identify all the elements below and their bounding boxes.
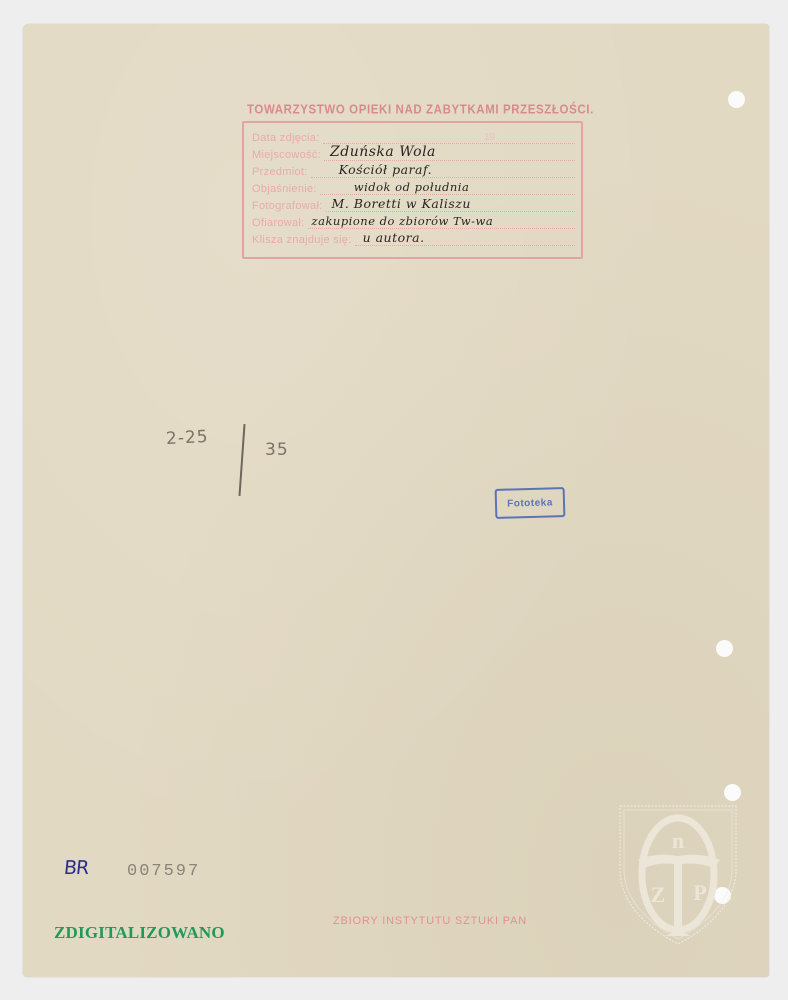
digitized-stamp: ZDIGITALIZOWANO	[54, 923, 225, 943]
handwritten-value: widok od południa	[354, 180, 470, 194]
pencil-note-left: 2-25	[166, 427, 210, 449]
stamp-label: Fotografował:	[252, 200, 326, 212]
stamp-label: Przedmiot:	[252, 166, 311, 178]
svg-text:n: n	[672, 828, 684, 853]
svg-text:P: P	[693, 880, 706, 905]
handwritten-value: M. Boretti w Kaliszu	[332, 196, 471, 211]
stamp-row-photographer: Fotografował: M. Boretti w Kaliszu	[252, 195, 575, 212]
pencil-note-right: 35	[265, 440, 289, 460]
handwritten-value: u autora.	[363, 230, 425, 245]
year-mark: 19	[484, 132, 495, 143]
svg-text:Z: Z	[651, 882, 666, 907]
inventory-number: 007597	[127, 862, 200, 881]
stamp-row-donor: Ofiarował: zakupione do zbiorów Tw-wa	[252, 212, 575, 229]
handwritten-value: zakupione do zbiorów Tw-wa	[312, 214, 494, 228]
stamp-label: Klisza znajduje się:	[252, 234, 355, 246]
stamp-row-place: Miejscowość: Zduńska Wola	[252, 144, 575, 161]
handwritten-value: Zduńska Wola	[330, 144, 436, 160]
initials-mark: BR	[63, 857, 90, 879]
punch-hole	[724, 784, 741, 801]
stamp-label: Objaśnienie:	[252, 183, 320, 195]
catalog-stamp-box: Data zdjęcia: 19 Miejscowość: Zduńska Wo…	[242, 121, 583, 259]
stamp-row-negative: Klisza znajduje się: u autora.	[252, 229, 575, 246]
handwritten-value: Kościół paraf.	[339, 162, 433, 177]
fototeka-stamp: Fototeka	[495, 487, 566, 519]
shield-monogram-logo-icon: n Z P	[616, 802, 740, 948]
stamp-label: Ofiarował:	[252, 217, 308, 229]
stamp-row-subject: Przedmiot: Kościół paraf.	[252, 161, 575, 178]
stamp-label: Miejscowość:	[252, 149, 324, 161]
stamp-label: Data zdjęcia:	[252, 132, 323, 144]
punch-hole	[716, 640, 733, 657]
punch-hole	[728, 91, 745, 108]
collection-stamp: ZBIORY INSTYTUTU SZTUKI PAN	[333, 915, 527, 927]
stamp-row-description: Objaśnienie: widok od południa	[252, 178, 575, 195]
stamp-row-date: Data zdjęcia: 19	[252, 127, 575, 144]
stamp-title: TOWARZYSTWO OPIEKI NAD ZABYTKAMI PRZESZŁ…	[247, 103, 592, 117]
